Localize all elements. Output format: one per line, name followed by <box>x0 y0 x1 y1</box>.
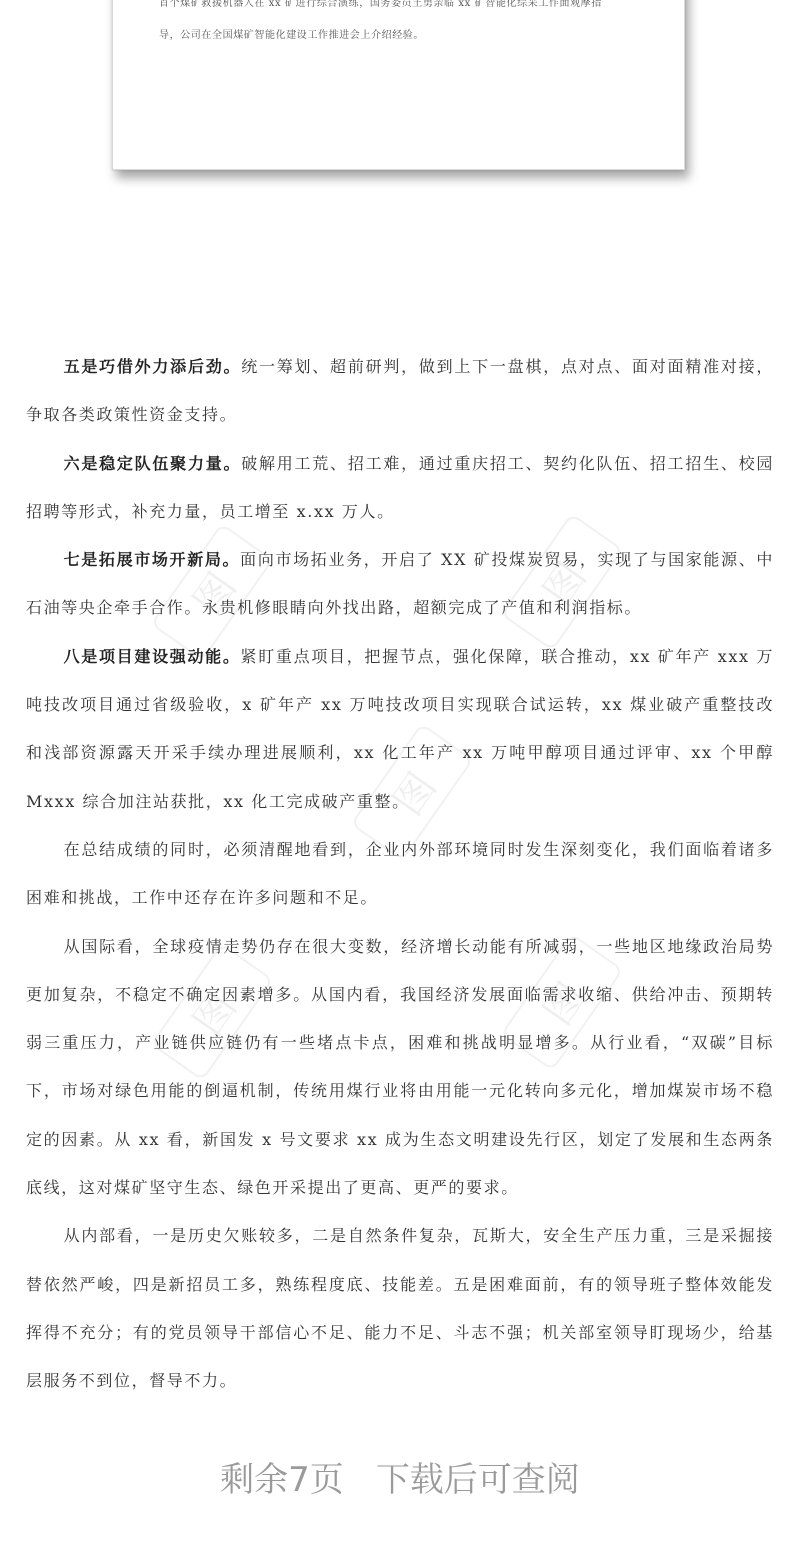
preview-text-line: 导，公司在全国煤矿智能化建设工作推进会上介绍经验。 <box>159 26 424 41</box>
paragraph-workforce: 六是稳定队伍聚力量。破解用工荒、招工难，通过重庆招工、契约化队伍、招工招生、校园… <box>26 440 774 537</box>
preview-text-line: 首个煤矿救援机器人在 xx 矿进行综合演练，国务委员王勇亲临 xx 矿智能化综采… <box>159 0 602 9</box>
paragraph-heading: 八是项目建设强动能。 <box>64 647 241 666</box>
download-prompt-label[interactable]: 下载后可查阅 <box>376 1460 580 1500</box>
remaining-pages-label[interactable]: 剩余7页 <box>220 1460 344 1500</box>
paragraph-internal-issues: 从内部看，一是历史欠账较多，二是自然条件复杂，瓦斯大，安全生产压力重，三是采掘接… <box>26 1212 774 1405</box>
paragraph-text: 紧盯重点项目，把握节点，强化保障，联合推动，xx 矿年产 xxx 万吨技改项目通… <box>26 647 774 811</box>
paragraph-text: 从国际看，全球疫情走势仍存在很大变数，经济增长动能有所减弱，一些地区地缘政治局势… <box>26 937 774 1197</box>
paragraph-external-environment: 从国际看，全球疫情走势仍存在很大变数，经济增长动能有所减弱，一些地区地缘政治局势… <box>26 923 774 1213</box>
paragraph-challenges-intro: 在总结成绩的同时，必须清醒地看到，企业内外部环境同时发生深刻变化，我们面临着诸多… <box>26 826 774 923</box>
document-body: 五是巧借外力添后劲。统一筹划、超前研判，做到上下一盘棋，点对点、面对面精准对接，… <box>26 343 774 1406</box>
paragraph-heading: 七是拓展市场开新局。 <box>64 550 241 569</box>
paragraph-heading: 五是巧借外力添后劲。 <box>64 357 242 376</box>
paragraph-external-support: 五是巧借外力添后劲。统一筹划、超前研判，做到上下一盘棋，点对点、面对面精准对接，… <box>26 343 774 440</box>
paragraph-text: 在总结成绩的同时，必须清醒地看到，企业内外部环境同时发生深刻变化，我们面临着诸多… <box>26 840 774 907</box>
preview-page-card: 首个煤矿救援机器人在 xx 矿进行综合演练，国务委员王勇亲临 xx 矿智能化综采… <box>112 0 685 170</box>
paragraph-projects: 八是项目建设强动能。紧盯重点项目，把握节点，强化保障，联合推动，xx 矿年产 x… <box>26 633 774 826</box>
paragraph-market: 七是拓展市场开新局。面向市场拓业务，开启了 XX 矿投煤炭贸易，实现了与国家能源… <box>26 536 774 633</box>
paragraph-text: 从内部看，一是历史欠账较多，二是自然条件复杂，瓦斯大，安全生产压力重，三是采掘接… <box>26 1226 774 1390</box>
download-to-read-more-banner[interactable]: 剩余7页下载后可查阅 <box>0 1452 800 1501</box>
paragraph-heading: 六是稳定队伍聚力量。 <box>64 454 242 473</box>
